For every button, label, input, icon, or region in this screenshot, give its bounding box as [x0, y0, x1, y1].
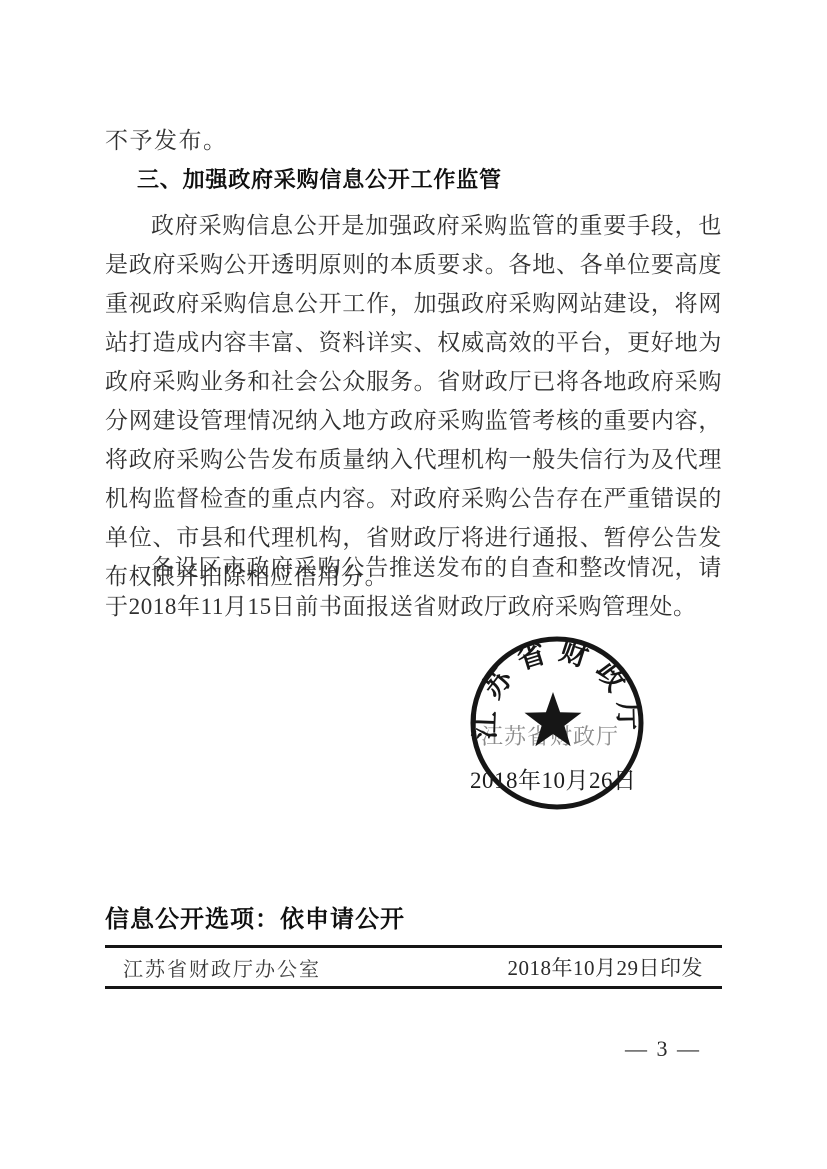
section-heading: 三、加强政府采购信息公开工作监管 — [105, 165, 722, 195]
divider-bottom — [105, 986, 722, 989]
issue-date: 2018年10月26日 — [470, 762, 637, 795]
imprint-row: 江苏省财政厅办公室 2018年10月29日印发 — [105, 953, 722, 981]
divider-top — [105, 945, 722, 948]
page-number: — 3 — — [607, 1036, 719, 1062]
body-paragraph-1: 政府采购信息公开是加强政府采购监管的重要手段，也是政府采购公开透明原则的本质要求… — [105, 206, 722, 596]
disclosure-option-label: 信息公开选项：依申请公开 — [105, 905, 722, 935]
star-icon — [525, 692, 582, 746]
print-date-label: 2018年10月29日印发 — [508, 952, 704, 982]
document-page: 不予发布。 三、加强政府采购信息公开工作监管 政府采购信息公开是加强政府采购监管… — [0, 0, 827, 1169]
continuation-text: 不予发布。 — [105, 126, 722, 156]
body-paragraph-2: 各设区市政府采购公告推送发布的自查和整改情况，请于2018年11月15日前书面报… — [105, 548, 722, 626]
issuing-office-label: 江苏省财政厅办公室 — [123, 953, 321, 982]
